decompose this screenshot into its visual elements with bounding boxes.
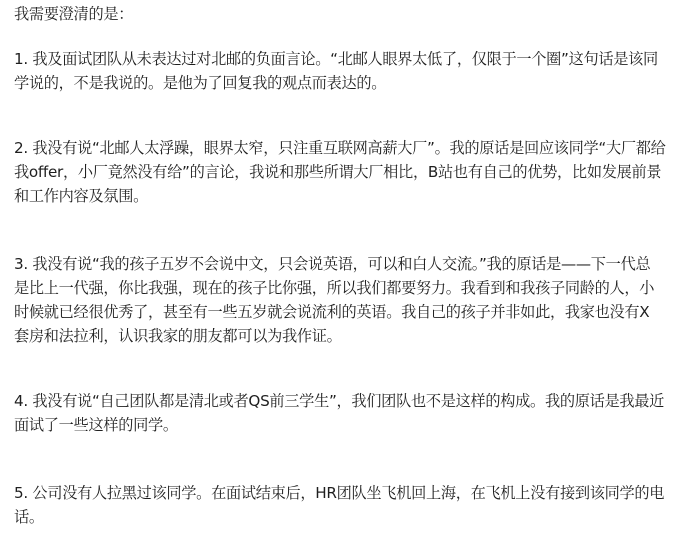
paragraph-line: 4. 我没有说“自己团队都是清北或者QS前三学生”，我们团队也不是这样的构成。我… xyxy=(14,389,674,413)
paragraph-line: 时候就已经很优秀了，甚至有一些五岁就会说流利的英语。我自己的孩子并非如此，我家也… xyxy=(14,300,674,324)
paragraph-line: 和工作内容及氛围。 xyxy=(14,184,674,208)
paragraph-2: 2. 我没有说“北邮人太浮躁，眼界太窄，只注重互联网高薪大厂”。我的原话是回应该… xyxy=(14,136,674,208)
paragraph-line: 话。 xyxy=(14,505,674,529)
paragraph-line: 套房和法拉利，认识我家的朋友都可以为我作证。 xyxy=(14,324,674,348)
paragraph-1: 1. 我及面试团队从未表达过对北邮的负面言论。“北邮人眼界太低了，仅限于一个圈”… xyxy=(14,47,674,95)
paragraph-line: 1. 我及面试团队从未表达过对北邮的负面言论。“北邮人眼界太低了，仅限于一个圈”… xyxy=(14,47,674,71)
paragraph-line: 我offer，小厂竟然没有给”的言论，我说和那些所谓大厂相比，B站也有自己的优势… xyxy=(14,160,674,184)
paragraph-line: 3. 我没有说“我的孩子五岁不会说中文，只会说英语，可以和白人交流。”我的原话是… xyxy=(14,252,674,276)
clarification-document: 我需要澄清的是： 1. 我及面试团队从未表达过对北邮的负面言论。“北邮人眼界太低… xyxy=(0,0,674,26)
paragraph-line: 面试了一些这样的同学。 xyxy=(14,413,674,437)
paragraph-4: 4. 我没有说“自己团队都是清北或者QS前三学生”，我们团队也不是这样的构成。我… xyxy=(14,389,674,437)
document-heading: 我需要澄清的是： xyxy=(14,2,674,26)
paragraph-line: 是比上一代强，你比我强，现在的孩子比你强，所以我们都要努力。我看到和我孩子同龄的… xyxy=(14,276,674,300)
paragraph-line: 2. 我没有说“北邮人太浮躁，眼界太窄，只注重互联网高薪大厂”。我的原话是回应该… xyxy=(14,136,674,160)
paragraph-3: 3. 我没有说“我的孩子五岁不会说中文，只会说英语，可以和白人交流。”我的原话是… xyxy=(14,252,674,348)
paragraph-line: 学说的，不是我说的。是他为了回复我的观点而表达的。 xyxy=(14,71,674,95)
paragraph-line: 5. 公司没有人拉黑过该同学。在面试结束后，HR团队坐飞机回上海，在飞机上没有接… xyxy=(14,481,674,505)
paragraph-5: 5. 公司没有人拉黑过该同学。在面试结束后，HR团队坐飞机回上海，在飞机上没有接… xyxy=(14,481,674,529)
